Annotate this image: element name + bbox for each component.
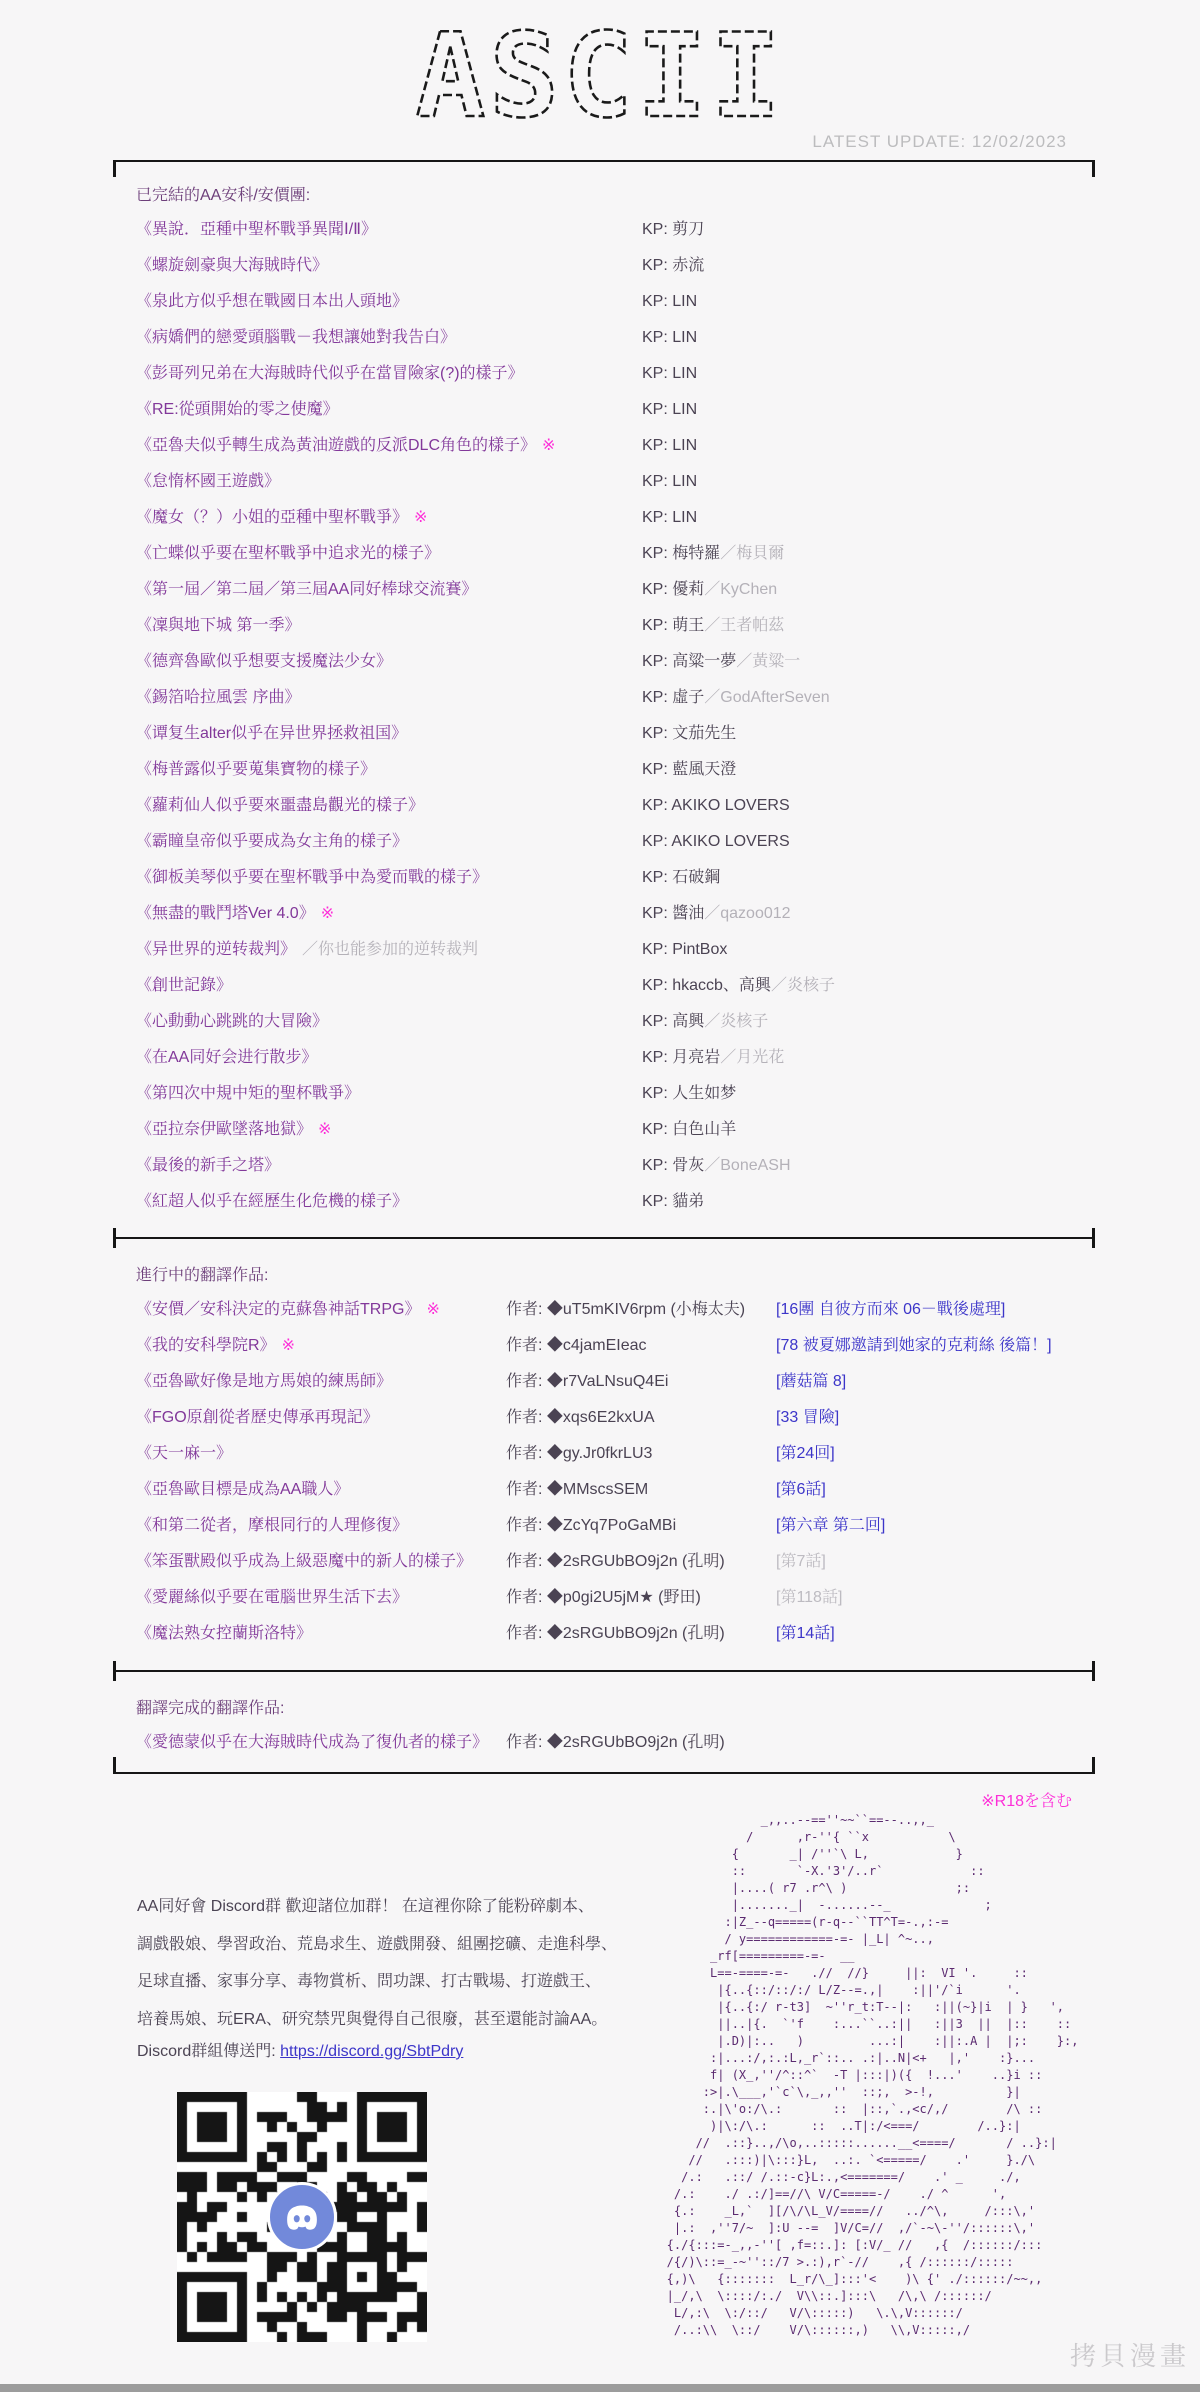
kp-name: KP: LIN bbox=[642, 293, 697, 310]
kp-label: KP: 骨灰／BoneASH bbox=[642, 1148, 791, 1184]
work-title: 《FGO原創從者歷史傳承再現記》 bbox=[136, 1409, 379, 1426]
completed-row: 《無盡的戰鬥塔Ver 4.0》※ KP: 醬油／qazoo012 bbox=[0, 896, 1200, 932]
work-title-group: 《異說．亞種中聖杯戰爭異聞Ⅰ/Ⅱ》 bbox=[136, 212, 383, 248]
kp-name: KP: LIN bbox=[642, 473, 697, 490]
discord-invite-link[interactable]: https://discord.gg/SbtPdry bbox=[280, 2043, 463, 2060]
work-title-group: 《霸瞳皇帝似乎要成為女主角的樣子》 bbox=[136, 824, 414, 860]
work-title-group: 《天一麻一》 bbox=[136, 1436, 238, 1472]
kp-label: KP: 赤流 bbox=[642, 248, 704, 284]
kp-label: KP: 貓弟 bbox=[642, 1184, 704, 1220]
work-title-group: 《螺旋劍豪與大海賊時代》 bbox=[136, 248, 334, 284]
work-title-group: 《魔女（？）小姐的亞種中聖杯戰爭》※ bbox=[136, 500, 427, 536]
kp-label: KP: LIN bbox=[642, 500, 697, 536]
kp-name: KP: LIN bbox=[642, 437, 697, 454]
author-label: 作者: ◆2sRGUbBO9j2n (孔明) bbox=[506, 1725, 725, 1761]
chapter-link[interactable]: [33 冒險] bbox=[776, 1400, 839, 1436]
work-title-suffix: ／你也能参加的逆转裁判 bbox=[302, 941, 478, 958]
work-title-group: 《RE:從頭開始的零之使魔》 bbox=[136, 392, 345, 428]
author-label: 作者: ◆2sRGUbBO9j2n (孔明) bbox=[506, 1544, 725, 1580]
finished-row: 《愛德蒙似乎在大海賊時代成為了復仇者的樣子》 作者: ◆2sRGUbBO9j2n… bbox=[0, 1725, 1200, 1761]
ascii-logo-text: ASCII bbox=[415, 18, 784, 134]
completed-row: 《凜與地下城 第一季》 KP: 萌王／王者帕茲 bbox=[0, 608, 1200, 644]
completed-section-heading: 已完結的AA安科/安價團: bbox=[136, 182, 310, 205]
kp-name: KP: PintBox bbox=[642, 941, 727, 958]
translation-row: 《安價／安科決定的克蘇魯神話TRPG》※ 作者: ◆uT5mKIV6rpm (小… bbox=[0, 1292, 1200, 1328]
work-title-group: 《亞魯歐目標是成為AA職人》 bbox=[136, 1472, 355, 1508]
discord-logo-icon bbox=[267, 2182, 337, 2252]
kp-alt-name: ／月光花 bbox=[720, 1049, 784, 1066]
discord-qr-code bbox=[177, 2092, 427, 2342]
work-title-group: 《凜與地下城 第一季》 bbox=[136, 608, 306, 644]
completed-row: 《錫箔哈拉風雲 序曲》 KP: 虛子／GodAfterSeven bbox=[0, 680, 1200, 716]
work-title: 《無盡的戰鬥塔Ver 4.0》 bbox=[136, 905, 315, 922]
chapter-link[interactable]: [蘑菇篇 8] bbox=[776, 1364, 846, 1400]
kp-name: KP: 醬油 bbox=[642, 905, 704, 922]
work-title: 《梅普露似乎要蒐集寶物的樣子》 bbox=[136, 761, 376, 778]
completed-row: 《霸瞳皇帝似乎要成為女主角的樣子》 KP: AKIKO LOVERS bbox=[0, 824, 1200, 860]
chapter-link[interactable]: [第14話] bbox=[776, 1616, 835, 1652]
kp-alt-name: ／炎核子 bbox=[771, 977, 835, 994]
kp-name: KP: 人生如梦 bbox=[642, 1085, 736, 1102]
author-label: 作者: ◆xqs6E2kxUA bbox=[506, 1400, 655, 1436]
work-title-group: 《病嬌們的戀愛頭腦戰－我想讓她對我告白》 bbox=[136, 320, 462, 356]
author-label: 作者: ◆p0gi2U5jM★ (野田) bbox=[506, 1580, 701, 1616]
kp-label: KP: AKIKO LOVERS bbox=[642, 788, 790, 824]
author-label: 作者: ◆ZcYq7PoGaMBi bbox=[506, 1508, 676, 1544]
work-title: 《怠惰杯國王遊戲》 bbox=[136, 473, 280, 490]
work-title: 《亞魯歐好像是地方馬娘的練馬師》 bbox=[136, 1373, 392, 1390]
kp-alt-name: ／BoneASH bbox=[704, 1157, 790, 1174]
completed-row: 《泉此方似乎想在戰國日本出人頭地》 KP: LIN bbox=[0, 284, 1200, 320]
kp-name: KP: AKIKO LOVERS bbox=[642, 833, 790, 850]
section-divider-bottom bbox=[113, 1772, 1095, 1774]
kp-label: KP: 萌王／王者帕茲 bbox=[642, 608, 784, 644]
work-title-group: 《在AA同好会进行散步》 bbox=[136, 1040, 323, 1076]
completed-row: 《心動動心跳跳的大冒險》 KP: 高興／炎核子 bbox=[0, 1004, 1200, 1040]
kp-name: KP: 石破鋼 bbox=[642, 869, 720, 886]
kp-label: KP: 梅特羅／梅貝爾 bbox=[642, 536, 784, 572]
author-label: 作者: ◆c4jamEIeac bbox=[506, 1328, 647, 1364]
completed-row: 《第四次中規中矩的聖杯戰爭》 KP: 人生如梦 bbox=[0, 1076, 1200, 1112]
author-label: 作者: ◆gy.Jr0fkrLU3 bbox=[506, 1436, 652, 1472]
translation-row: 《FGO原創從者歷史傳承再現記》 作者: ◆xqs6E2kxUA [33 冒險] bbox=[0, 1400, 1200, 1436]
discord-invite-blurb: AA同好會 Discord群 歡迎諸位加群！ 在這裡你除了能粉碎劇本、調戲骰娘、… bbox=[137, 1888, 617, 2038]
work-title-group: 《亞魯歐好像是地方馬娘的練馬師》 bbox=[136, 1364, 398, 1400]
discord-portal-label: Discord群組傳送門: bbox=[137, 2043, 276, 2060]
kp-alt-name: ／GodAfterSeven bbox=[704, 689, 829, 706]
kp-name: KP: 白色山羊 bbox=[642, 1121, 736, 1138]
page: ASCII LATEST UPDATE: 12/02/2023 已完結的AA安科… bbox=[0, 0, 1200, 2392]
kp-label: KP: AKIKO LOVERS bbox=[642, 824, 790, 860]
kp-label: KP: 月亮岩／月光花 bbox=[642, 1040, 784, 1076]
work-title-group: 《第一屆／第二屆／第三屆AA同好棒球交流賽》 bbox=[136, 572, 483, 608]
author-label: 作者: ◆2sRGUbBO9j2n (孔明) bbox=[506, 1616, 725, 1652]
finished-works-list: 《愛德蒙似乎在大海賊時代成為了復仇者的樣子》 作者: ◆2sRGUbBO9j2n… bbox=[0, 1725, 1200, 1761]
work-title-group: 《紅超人似乎在經歷生化危機的樣子》 bbox=[136, 1184, 414, 1220]
work-title: 《霸瞳皇帝似乎要成為女主角的樣子》 bbox=[136, 833, 408, 850]
ascii-art-figure: _,,..--==''~~``==--..,,_ / ,r-''{ ``x \ … bbox=[645, 1812, 1078, 2339]
kp-name: KP: 赤流 bbox=[642, 257, 704, 274]
kp-name: KP: 月亮岩 bbox=[642, 1049, 720, 1066]
work-title-group: 《德齊魯歐似乎想要支援魔法少女》 bbox=[136, 644, 398, 680]
completed-row: 《RE:從頭開始的零之使魔》 KP: LIN bbox=[0, 392, 1200, 428]
chapter-link[interactable]: [第118話] bbox=[776, 1580, 842, 1616]
kp-label: KP: 剪刀 bbox=[642, 212, 704, 248]
completed-row: 《彭哥列兄弟在大海賊時代似乎在當冒險家(?)的樣子》 KP: LIN bbox=[0, 356, 1200, 392]
kp-label: KP: 高興／炎核子 bbox=[642, 1004, 768, 1040]
translation-row: 《和第二從者，摩根同行的人理修復》 作者: ◆ZcYq7PoGaMBi [第六章… bbox=[0, 1508, 1200, 1544]
kp-label: KP: 白色山羊 bbox=[642, 1112, 736, 1148]
completed-row: 《亡蝶似乎要在聖杯戰爭中追求光的樣子》 KP: 梅特羅／梅貝爾 bbox=[0, 536, 1200, 572]
chapter-link[interactable]: [第6話] bbox=[776, 1472, 826, 1508]
translation-row: 《笨蛋獸殿似乎成為上級惡魔中的新人的樣子》 作者: ◆2sRGUbBO9j2n … bbox=[0, 1544, 1200, 1580]
work-title-group: 《异世界的逆转裁判》／你也能参加的逆转裁判 bbox=[136, 932, 478, 968]
work-title-group: 《第四次中規中矩的聖杯戰爭》 bbox=[136, 1076, 366, 1112]
kp-alt-name: ／KyChen bbox=[704, 581, 777, 598]
kp-name: KP: 骨灰 bbox=[642, 1157, 704, 1174]
work-title: 《異說．亞種中聖杯戰爭異聞Ⅰ/Ⅱ》 bbox=[136, 221, 377, 238]
kp-name: KP: AKIKO LOVERS bbox=[642, 797, 790, 814]
chapter-link[interactable]: [78 被夏娜邀請到她家的克莉絲 後篇！] bbox=[776, 1328, 1052, 1364]
r18-mark: ※ bbox=[426, 1301, 439, 1318]
work-title-group: 《怠惰杯國王遊戲》 bbox=[136, 464, 286, 500]
work-title: 《RE:從頭開始的零之使魔》 bbox=[136, 401, 339, 418]
work-title: 《心動動心跳跳的大冒險》 bbox=[136, 1013, 328, 1030]
kp-name: KP: LIN bbox=[642, 365, 697, 382]
kp-name: KP: 藍風天澄 bbox=[642, 761, 736, 778]
translation-row: 《愛麗絲似乎要在電腦世界生活下去》 作者: ◆p0gi2U5jM★ (野田) [… bbox=[0, 1580, 1200, 1616]
blurb-line: AA同好會 Discord群 歡迎諸位加群！ 在這裡你除了能粉碎劇本、 bbox=[137, 1888, 617, 1926]
completed-row: 《异世界的逆转裁判》／你也能参加的逆转裁判 KP: PintBox bbox=[0, 932, 1200, 968]
work-title: 《最後的新手之塔》 bbox=[136, 1157, 280, 1174]
work-title: 《第一屆／第二屆／第三屆AA同好棒球交流賽》 bbox=[136, 581, 477, 598]
work-title-group: 《錫箔哈拉風雲 序曲》 bbox=[136, 680, 306, 716]
ongoing-works-list: 《安價／安科決定的克蘇魯神話TRPG》※ 作者: ◆uT5mKIV6rpm (小… bbox=[0, 1292, 1200, 1652]
kp-label: KP: hkaccb、高興／炎核子 bbox=[642, 968, 835, 1004]
work-title: 《第四次中規中矩的聖杯戰爭》 bbox=[136, 1085, 360, 1102]
work-title: 《愛德蒙似乎在大海賊時代成為了復仇者的樣子》 bbox=[136, 1734, 488, 1751]
kp-name: KP: LIN bbox=[642, 329, 697, 346]
kp-alt-name: ／王者帕茲 bbox=[704, 617, 784, 634]
work-title-group: 《無盡的戰鬥塔Ver 4.0》※ bbox=[136, 896, 334, 932]
work-title: 《創世記錄》 bbox=[136, 977, 232, 994]
work-title: 《泉此方似乎想在戰國日本出人頭地》 bbox=[136, 293, 408, 310]
kp-label: KP: 醬油／qazoo012 bbox=[642, 896, 791, 932]
blurb-line: 足球直播、家事分享、毒物賞析、問功課、打古戰場、打遊戲王、 bbox=[137, 1963, 617, 2001]
author-label: 作者: ◆r7VaLNsuQ4Ei bbox=[506, 1364, 668, 1400]
kp-label: KP: LIN bbox=[642, 392, 697, 428]
completed-row: 《亞魯夫似乎轉生成為黃油遊戲的反派DLC角色的樣子》※ KP: LIN bbox=[0, 428, 1200, 464]
kp-alt-name: ／炎核子 bbox=[704, 1013, 768, 1030]
work-title-group: 《亡蝶似乎要在聖杯戰爭中追求光的樣子》 bbox=[136, 536, 446, 572]
kp-label: KP: LIN bbox=[642, 320, 697, 356]
kp-name: KP: 高粱一夢 bbox=[642, 653, 736, 670]
r18-mark: ※ bbox=[282, 1337, 295, 1354]
translation-row: 《我的安科學院R》※ 作者: ◆c4jamEIeac [78 被夏娜邀請到她家的… bbox=[0, 1328, 1200, 1364]
completed-row: 《螺旋劍豪與大海賊時代》 KP: 赤流 bbox=[0, 248, 1200, 284]
section-divider-mid1 bbox=[113, 1237, 1095, 1239]
kp-label: KP: 藍風天澄 bbox=[642, 752, 736, 788]
work-title: 《天一麻一》 bbox=[136, 1445, 232, 1462]
work-title: 《彭哥列兄弟在大海賊時代似乎在當冒險家(?)的樣子》 bbox=[136, 365, 524, 382]
completed-row: 《亞拉奈伊歐墜落地獄》※ KP: 白色山羊 bbox=[0, 1112, 1200, 1148]
translation-row: 《亞魯歐好像是地方馬娘的練馬師》 作者: ◆r7VaLNsuQ4Ei [蘑菇篇 … bbox=[0, 1364, 1200, 1400]
work-title: 《谭复生alter似乎在异世界拯救祖国》 bbox=[136, 725, 407, 742]
work-title: 《魔法熟女控蘭斯洛特》 bbox=[136, 1625, 312, 1642]
kp-name: KP: LIN bbox=[642, 509, 697, 526]
kp-label: KP: 高粱一夢／黃粱一 bbox=[642, 644, 800, 680]
translation-row: 《亞魯歐目標是成為AA職人》 作者: ◆MMscsSEM [第6話] bbox=[0, 1472, 1200, 1508]
completed-works-list: 《異說．亞種中聖杯戰爭異聞Ⅰ/Ⅱ》 KP: 剪刀 《螺旋劍豪與大海賊時代》 KP… bbox=[0, 212, 1200, 1220]
kp-label: KP: LIN bbox=[642, 428, 697, 464]
work-title-group: 《愛德蒙似乎在大海賊時代成為了復仇者的樣子》 bbox=[136, 1725, 488, 1761]
work-title-group: 《亞拉奈伊歐墜落地獄》※ bbox=[136, 1112, 331, 1148]
kp-label: KP: 虛子／GodAfterSeven bbox=[642, 680, 830, 716]
work-title: 《魔女（？）小姐的亞種中聖杯戰爭》 bbox=[136, 509, 408, 526]
work-title: 《錫箔哈拉風雲 序曲》 bbox=[136, 689, 300, 706]
work-title: 《御板美琴似乎要在聖杯戰爭中為愛而戰的樣子》 bbox=[136, 869, 488, 886]
work-title: 《病嬌們的戀愛頭腦戰－我想讓她對我告白》 bbox=[136, 329, 456, 346]
r18-mark: ※ bbox=[318, 1121, 331, 1138]
completed-row: 《怠惰杯國王遊戲》 KP: LIN bbox=[0, 464, 1200, 500]
kp-alt-name: ／梅貝爾 bbox=[720, 545, 784, 562]
work-title: 《亞拉奈伊歐墜落地獄》 bbox=[136, 1121, 312, 1138]
work-title: 《紅超人似乎在經歷生化危機的樣子》 bbox=[136, 1193, 408, 1210]
blurb-line: 培養馬娘、玩ERA、研究禁咒與覺得自己很廢，甚至還能討論AA。 bbox=[137, 2001, 617, 2039]
work-title-group: 《創世記錄》 bbox=[136, 968, 238, 1004]
work-title-group: 《愛麗絲似乎要在電腦世界生活下去》 bbox=[136, 1580, 414, 1616]
completed-row: 《病嬌們的戀愛頭腦戰－我想讓她對我告白》 KP: LIN bbox=[0, 320, 1200, 356]
kp-name: KP: 梅特羅 bbox=[642, 545, 720, 562]
kp-name: KP: LIN bbox=[642, 401, 697, 418]
translation-row: 《魔法熟女控蘭斯洛特》 作者: ◆2sRGUbBO9j2n (孔明) [第14話… bbox=[0, 1616, 1200, 1652]
work-title: 《异世界的逆转裁判》 bbox=[136, 941, 296, 958]
work-title: 《笨蛋獸殿似乎成為上級惡魔中的新人的樣子》 bbox=[136, 1553, 472, 1570]
completed-row: 《創世記錄》 KP: hkaccb、高興／炎核子 bbox=[0, 968, 1200, 1004]
section-divider-top bbox=[113, 160, 1095, 162]
r18-mark: ※ bbox=[321, 905, 334, 922]
chapter-link[interactable]: [16團 自彼方而來 06－戰後處理] bbox=[776, 1292, 1005, 1328]
completed-row: 《魔女（？）小姐的亞種中聖杯戰爭》※ KP: LIN bbox=[0, 500, 1200, 536]
work-title: 《亞魯歐目標是成為AA職人》 bbox=[136, 1481, 349, 1498]
kp-alt-name: ／qazoo012 bbox=[704, 905, 790, 922]
bottom-bar bbox=[0, 2384, 1200, 2392]
finished-section-heading: 翻譯完成的翻譯作品: bbox=[136, 1695, 284, 1718]
completed-row: 《紅超人似乎在經歷生化危機的樣子》 KP: 貓弟 bbox=[0, 1184, 1200, 1220]
latest-update-label: LATEST UPDATE: 12/02/2023 bbox=[812, 132, 1067, 152]
discord-portal-line: Discord群組傳送門: https://discord.gg/SbtPdry bbox=[137, 2040, 463, 2064]
completed-row: 《第一屆／第二屆／第三屆AA同好棒球交流賽》 KP: 優莉／KyChen bbox=[0, 572, 1200, 608]
work-title-group: 《蘿莉仙人似乎要來噩盡島觀光的樣子》 bbox=[136, 788, 430, 824]
chapter-link[interactable]: [第六章 第二回] bbox=[776, 1508, 885, 1544]
kp-label: KP: 優莉／KyChen bbox=[642, 572, 777, 608]
work-title: 《在AA同好会进行散步》 bbox=[136, 1049, 317, 1066]
completed-row: 《最後的新手之塔》 KP: 骨灰／BoneASH bbox=[0, 1148, 1200, 1184]
kp-label: KP: LIN bbox=[642, 356, 697, 392]
kp-name: KP: 優莉 bbox=[642, 581, 704, 598]
ongoing-section-heading: 進行中的翻譯作品: bbox=[136, 1262, 268, 1285]
kp-name: KP: 高興 bbox=[642, 1013, 704, 1030]
work-title: 《蘿莉仙人似乎要來噩盡島觀光的樣子》 bbox=[136, 797, 424, 814]
kp-name: KP: 文茄先生 bbox=[642, 725, 736, 742]
kp-label: KP: 人生如梦 bbox=[642, 1076, 736, 1112]
kp-label: KP: LIN bbox=[642, 284, 697, 320]
section-divider-mid2 bbox=[113, 1670, 1095, 1672]
r18-mark: ※ bbox=[414, 509, 427, 526]
kp-name: KP: 貓弟 bbox=[642, 1193, 704, 1210]
completed-row: 《德齊魯歐似乎想要支援魔法少女》 KP: 高粱一夢／黃粱一 bbox=[0, 644, 1200, 680]
work-title-group: 《和第二從者，摩根同行的人理修復》 bbox=[136, 1508, 414, 1544]
work-title: 《亞魯夫似乎轉生成為黃油遊戲的反派DLC角色的樣子》 bbox=[136, 437, 536, 454]
work-title: 《我的安科學院R》 bbox=[136, 1337, 276, 1354]
translation-row: 《天一麻一》 作者: ◆gy.Jr0fkrLU3 [第24回] bbox=[0, 1436, 1200, 1472]
work-title-group: 《魔法熟女控蘭斯洛特》 bbox=[136, 1616, 318, 1652]
work-title-group: 《FGO原創從者歷史傳承再現記》 bbox=[136, 1400, 385, 1436]
work-title: 《德齊魯歐似乎想要支援魔法少女》 bbox=[136, 653, 392, 670]
kp-name: KP: 剪刀 bbox=[642, 221, 704, 238]
work-title-group: 《彭哥列兄弟在大海賊時代似乎在當冒險家(?)的樣子》 bbox=[136, 356, 530, 392]
author-label: 作者: ◆MMscsSEM bbox=[506, 1472, 648, 1508]
work-title-group: 《谭复生alter似乎在异世界拯救祖国》 bbox=[136, 716, 413, 752]
kp-name: KP: 萌王 bbox=[642, 617, 704, 634]
r18-note: ※R18を含む bbox=[981, 1788, 1072, 1811]
work-title-group: 《心動動心跳跳的大冒險》 bbox=[136, 1004, 334, 1040]
work-title: 《螺旋劍豪與大海賊時代》 bbox=[136, 257, 328, 274]
kp-name: KP: 虛子 bbox=[642, 689, 704, 706]
kp-label: KP: 文茄先生 bbox=[642, 716, 736, 752]
work-title-group: 《我的安科學院R》※ bbox=[136, 1328, 295, 1364]
author-label: 作者: ◆uT5mKIV6rpm (小梅太夫) bbox=[506, 1292, 745, 1328]
work-title: 《和第二從者，摩根同行的人理修復》 bbox=[136, 1517, 408, 1534]
work-title-group: 《安價／安科決定的克蘇魯神話TRPG》※ bbox=[136, 1292, 440, 1328]
work-title-group: 《亞魯夫似乎轉生成為黃油遊戲的反派DLC角色的樣子》※ bbox=[136, 428, 555, 464]
work-title: 《安價／安科決定的克蘇魯神話TRPG》 bbox=[136, 1301, 420, 1318]
work-title-group: 《梅普露似乎要蒐集寶物的樣子》 bbox=[136, 752, 382, 788]
work-title-group: 《最後的新手之塔》 bbox=[136, 1148, 286, 1184]
chapter-link[interactable]: [第7話] bbox=[776, 1544, 826, 1580]
r18-mark: ※ bbox=[542, 437, 555, 454]
work-title: 《凜與地下城 第一季》 bbox=[136, 617, 300, 634]
work-title: 《愛麗絲似乎要在電腦世界生活下去》 bbox=[136, 1589, 408, 1606]
kp-label: KP: PintBox bbox=[642, 932, 727, 968]
completed-row: 《梅普露似乎要蒐集寶物的樣子》 KP: 藍風天澄 bbox=[0, 752, 1200, 788]
work-title: 《亡蝶似乎要在聖杯戰爭中追求光的樣子》 bbox=[136, 545, 440, 562]
kp-label: KP: 石破鋼 bbox=[642, 860, 720, 896]
ascii-logo: ASCII bbox=[385, 18, 815, 134]
work-title-group: 《泉此方似乎想在戰國日本出人頭地》 bbox=[136, 284, 414, 320]
blurb-line: 調戲骰娘、學習政治、荒島求生、遊戲開發、組團挖礦、走進科學、 bbox=[137, 1926, 617, 1964]
kp-alt-name: ／黃粱一 bbox=[736, 653, 800, 670]
completed-row: 《在AA同好会进行散步》 KP: 月亮岩／月光花 bbox=[0, 1040, 1200, 1076]
chapter-link[interactable]: [第24回] bbox=[776, 1436, 835, 1472]
completed-row: 《谭复生alter似乎在异世界拯救祖国》 KP: 文茄先生 bbox=[0, 716, 1200, 752]
work-title-group: 《御板美琴似乎要在聖杯戰爭中為愛而戰的樣子》 bbox=[136, 860, 494, 896]
kp-label: KP: LIN bbox=[642, 464, 697, 500]
work-title-group: 《笨蛋獸殿似乎成為上級惡魔中的新人的樣子》 bbox=[136, 1544, 478, 1580]
completed-row: 《異說．亞種中聖杯戰爭異聞Ⅰ/Ⅱ》 KP: 剪刀 bbox=[0, 212, 1200, 248]
watermark: 拷貝漫畫 bbox=[1070, 2336, 1190, 2373]
completed-row: 《御板美琴似乎要在聖杯戰爭中為愛而戰的樣子》 KP: 石破鋼 bbox=[0, 860, 1200, 896]
completed-row: 《蘿莉仙人似乎要來噩盡島觀光的樣子》 KP: AKIKO LOVERS bbox=[0, 788, 1200, 824]
kp-name: KP: hkaccb、高興 bbox=[642, 977, 771, 994]
